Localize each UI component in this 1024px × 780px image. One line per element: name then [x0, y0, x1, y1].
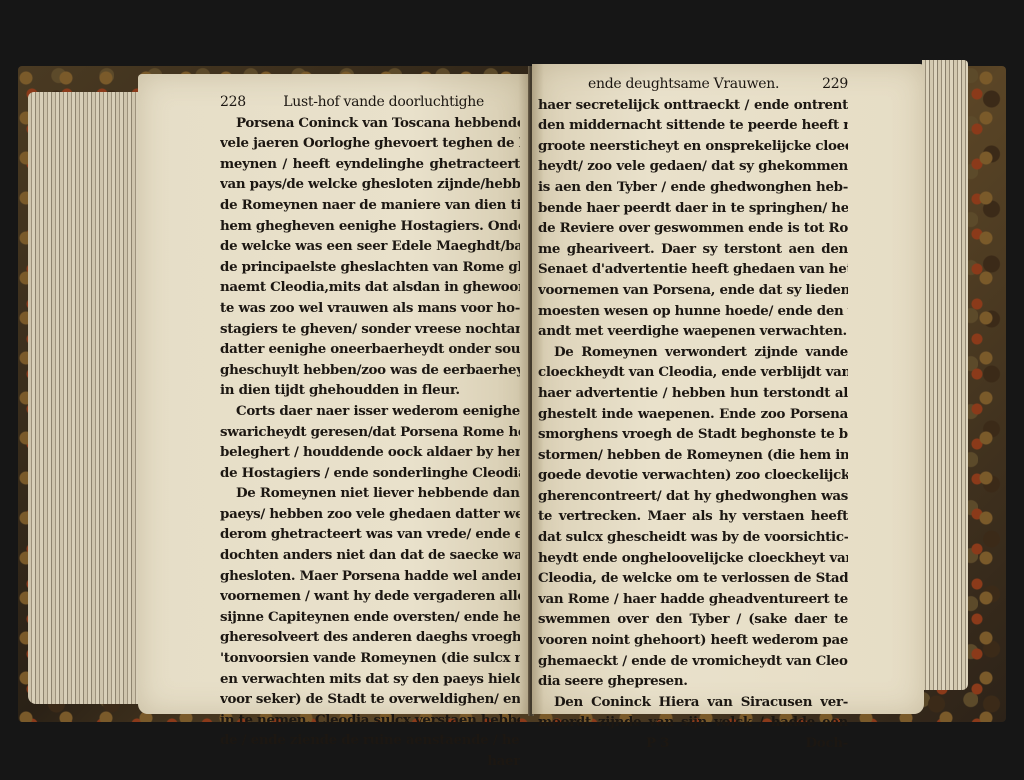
text-line: gheschuylt hebben/zoo was de eerbaerheyd…: [220, 360, 520, 381]
text-line: me gheariveert. Daer sy terstont aen den: [538, 239, 848, 260]
text-line: moordt zijnde van sijn volck / hadde een: [538, 712, 848, 733]
text-line: paeys/ hebben zoo vele ghedaen datter we…: [220, 504, 520, 525]
text-line: dochten anders niet dan dat de saecke wa…: [220, 545, 520, 566]
text-line: te vertrecken. Maer als hy verstaen heef…: [538, 506, 848, 527]
left-running-head: Lust-hof vande doorluchtighe: [283, 92, 484, 113]
text-line: hem ghegheven eenighe Hostagiers. Onder: [220, 216, 520, 237]
text-line: voor seker) de Stadt te overweldighen/ e…: [220, 689, 520, 710]
text-line: de welcke was een seer Edele Maeghdt/ba: [220, 236, 520, 257]
right-page-header: ende deughtsame Vrauwen. 229: [538, 74, 848, 95]
left-page-number: 228: [220, 92, 246, 113]
text-line: van Rome / haer hadde gheadventureert te: [538, 589, 848, 610]
text-line: van pays/de welcke ghesloten zijnde/hebb…: [220, 174, 520, 195]
text-line: Den Coninck Hiera van Siracusen ver-: [538, 692, 848, 713]
text-line: ghesloten. Maer Porsena hadde wel ander: [220, 566, 520, 587]
right-page-edges: [922, 60, 968, 690]
text-line: Corts daer naer isser wederom eenighe: [220, 401, 520, 422]
text-line: derom ghetracteert was van vrede/ ende e…: [220, 524, 520, 545]
text-line: sijnne Capiteynen ende oversten/ ende he…: [220, 607, 520, 628]
text-line: gherencontreert/ dat hy ghedwonghen was: [538, 486, 848, 507]
text-line: datter eenighe oneerbaerheydt onder soud…: [220, 339, 520, 360]
left-page-edges: [28, 92, 140, 704]
text-line: de Reviere over geswommen ende is tot Ro…: [538, 218, 848, 239]
text-line: is aen den Tyber / ende ghedwonghen heb-: [538, 177, 848, 198]
signature-line: P 3 Doch-: [538, 733, 848, 754]
text-line: stormen/ hebben de Romeynen (die hem in: [538, 445, 848, 466]
text-line: moesten wesen op hunne hoede/ ende den v…: [538, 301, 848, 322]
text-line: stagiers te gheven/ sonder vreese nochta…: [220, 319, 520, 340]
text-line: swaricheydt geresen/dat Porsena Rome hee…: [220, 422, 520, 443]
text-line: de / ende ziende de ruine aenstaende / h…: [220, 730, 520, 751]
right-page-text: ende deughtsame Vrauwen. 229 haer secret…: [538, 74, 848, 754]
text-line: 'tonvoorsien vande Romeynen (die sulcx n…: [220, 648, 520, 669]
text-line: andt met veerdighe waepenen verwachten.: [538, 321, 848, 342]
text-line: cloeckheydt van Cleodia, ende verblijdt …: [538, 362, 848, 383]
text-line: den middernacht sittende te peerde heeft…: [538, 115, 848, 136]
catchword: Doch-: [806, 733, 849, 754]
right-page-number: 229: [822, 74, 848, 95]
text-line: dat sulcx ghescheidt was by de voorsicht…: [538, 527, 848, 548]
text-line: en verwachten mits dat sy den paeys hiel…: [220, 669, 520, 690]
text-line: goede devotie verwachten) zoo cloeckelij…: [538, 465, 848, 486]
left-page: 228 Lust-hof vande doorluchtighe Porsena…: [138, 74, 530, 714]
text-line: smorghens vroegh de Stadt beghonste te b…: [538, 424, 848, 445]
text-line: heydt ende ongheloovelijcke cloeckheyt v…: [538, 548, 848, 569]
text-line: swemmen over den Tyber / (sake daer te: [538, 609, 848, 630]
text-line: vele jaeren Oorloghe ghevoert teghen de …: [220, 133, 520, 154]
right-page: ende deughtsame Vrauwen. 229 haer secret…: [532, 64, 924, 714]
text-line: ghemaeckt / ende de vromicheydt van Cleo…: [538, 651, 848, 672]
text-line: vooren noint ghehoort) heeft wederom pae…: [538, 630, 848, 651]
right-running-head: ende deughtsame Vrauwen.: [588, 74, 779, 95]
text-line: dia seere ghepresen.: [538, 671, 848, 692]
text-line: haer advertentie / hebben hun terstondt …: [538, 383, 848, 404]
text-line: de Romeynen naer de maniere van dien tij…: [220, 195, 520, 216]
text-line: heydt/ zoo vele gedaen/ dat sy ghekommen: [538, 156, 848, 177]
text-line: beleghert / houddende oock aldaer by hem: [220, 442, 520, 463]
catchword: haer: [220, 751, 520, 772]
text-line: naemt Cleodia,mits dat alsdan in ghewoon…: [220, 277, 520, 298]
signature-mark: P 3: [646, 733, 669, 754]
text-line: voornemen van Porsena, ende dat sy liede…: [538, 280, 848, 301]
text-line: haer secretelijck onttraeckt / ende ontr…: [538, 95, 848, 116]
text-line: ghestelt inde waepenen. Ende zoo Porsena: [538, 404, 848, 425]
text-line: Porsena Coninck van Toscana hebbende: [220, 113, 520, 134]
text-line: bende haer peerdt daer in te springhen/ …: [538, 198, 848, 219]
text-line: meynen / heeft eyndelinghe ghetracteert: [220, 154, 520, 175]
text-line: De Romeynen verwondert zijnde vande: [538, 342, 848, 363]
text-line: in dien tijdt ghehoudden in fleur.: [220, 380, 520, 401]
text-line: gheresolveert des anderen daeghs vroegh …: [220, 627, 520, 648]
text-line: de principaelste gheslachten van Rome gh…: [220, 257, 520, 278]
text-line: te was zoo wel vrauwen als mans voor ho-: [220, 298, 520, 319]
text-line: De Romeynen niet liever hebbende dan den: [220, 483, 520, 504]
left-page-text: 228 Lust-hof vande doorluchtighe Porsena…: [220, 92, 520, 772]
text-line: groote neersticheyt en onsprekelijcke cl…: [538, 136, 848, 157]
text-line: Senaet d'advertentie heeft ghedaen van h…: [538, 259, 848, 280]
text-line: in te nemen. Cleodia sulcx verstaen hebb…: [220, 710, 520, 731]
text-line: voornemen / want hy dede vergaderen alle: [220, 586, 520, 607]
left-page-header: 228 Lust-hof vande doorluchtighe: [220, 92, 520, 113]
text-line: Cleodia, de welcke om te verlossen de St…: [538, 568, 848, 589]
text-line: de Hostagiers / ende sonderlinghe Cleodi…: [220, 463, 520, 484]
